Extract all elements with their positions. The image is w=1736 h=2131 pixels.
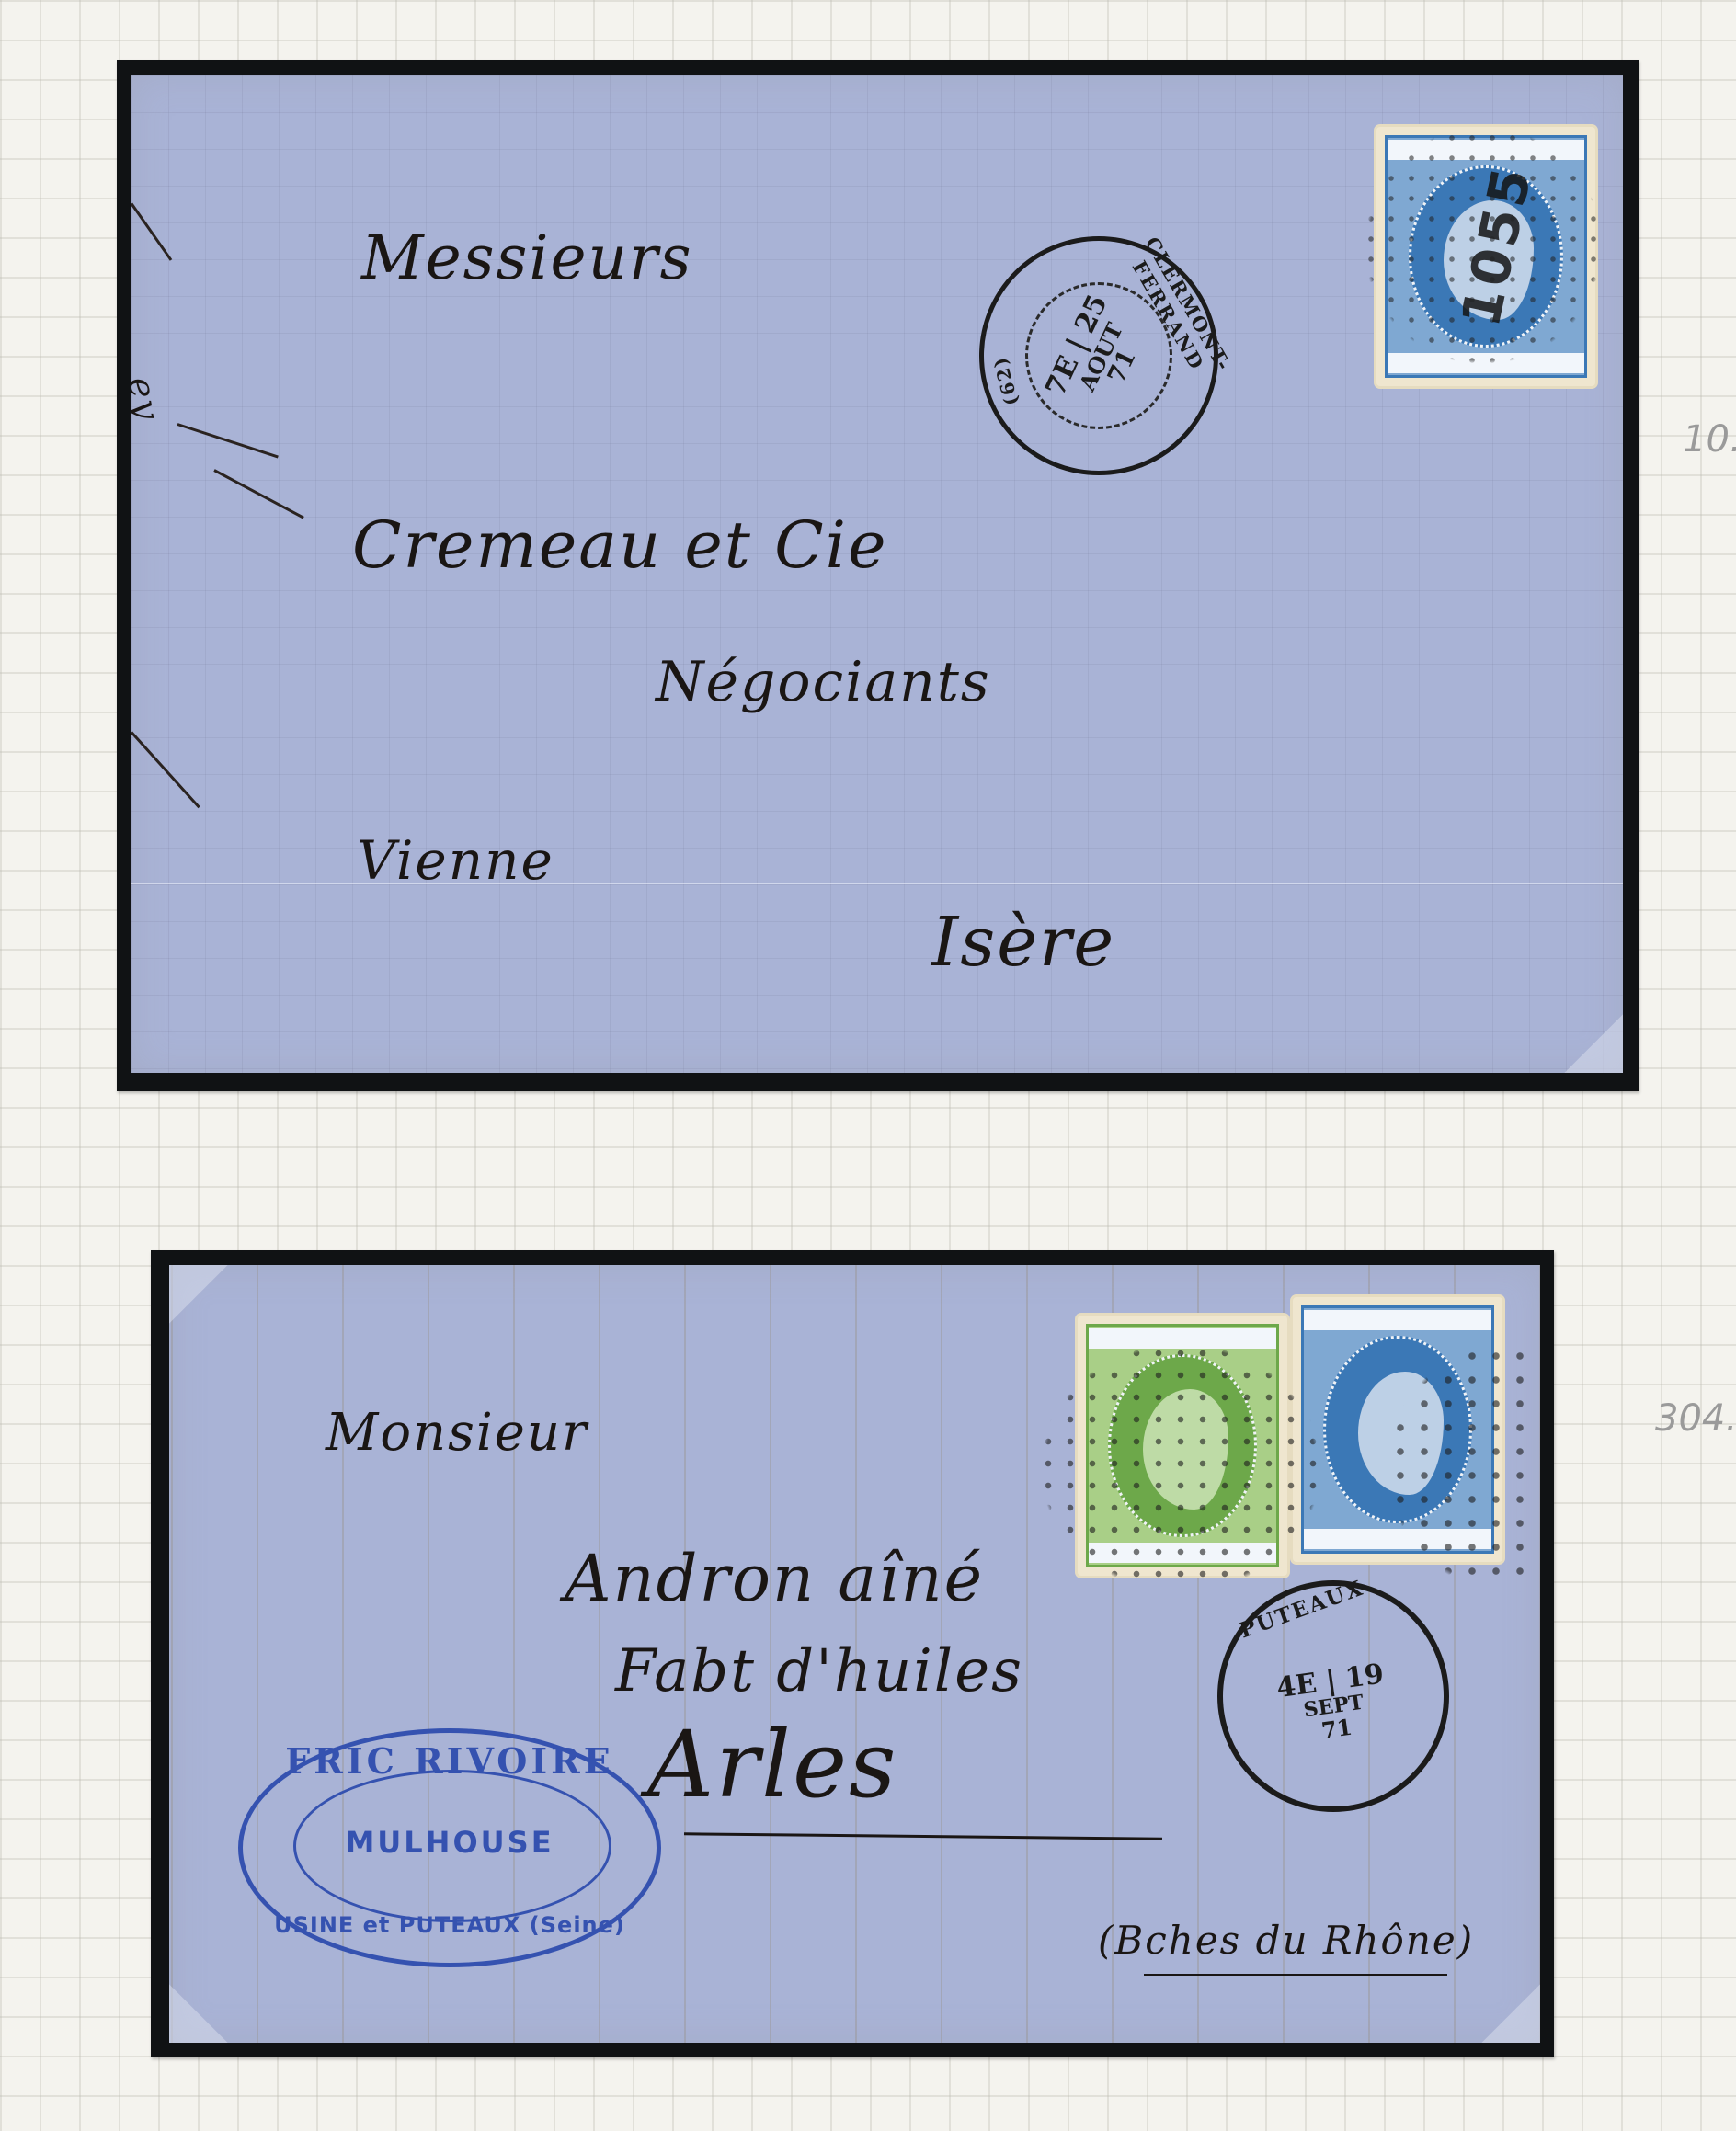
address-city: Vienne bbox=[357, 829, 554, 892]
postmark-puteaux: PUTEAUX 4E | 19 SEPT 71 bbox=[1217, 1580, 1449, 1812]
address-department: Isère bbox=[931, 903, 1115, 982]
docket-stroke bbox=[131, 731, 200, 808]
pencil-note: 304… bbox=[1655, 1397, 1736, 1440]
cachet-rivoire: FRIC RIVOIRE MULHOUSE USINE et PUTEAUX (… bbox=[238, 1728, 661, 1967]
docket-stroke bbox=[131, 203, 172, 261]
address-salutation: Messieurs bbox=[361, 222, 692, 293]
docket-stroke bbox=[177, 423, 279, 458]
fold-line bbox=[131, 883, 1623, 884]
docket-stroke bbox=[213, 469, 304, 519]
address-city: Arles bbox=[647, 1711, 898, 1818]
city-underline bbox=[684, 1832, 1162, 1840]
address-line1: Andron aîné bbox=[565, 1541, 984, 1616]
postmark-date: 4E | 19 SEPT 71 bbox=[1274, 1659, 1391, 1747]
cachet-top-text: FRIC RIVOIRE bbox=[243, 1740, 657, 1782]
pencil-note: 10… bbox=[1683, 418, 1736, 461]
cachet-bottom-text: USINE et PUTEAUX (Seine) bbox=[243, 1912, 657, 1938]
address-line2: Négociants bbox=[656, 650, 991, 714]
gc-cancel-dots bbox=[1341, 108, 1623, 383]
address-line1: Cremeau et Cie bbox=[352, 507, 888, 583]
address-salutation: Monsieur bbox=[325, 1403, 588, 1463]
postmark-day: 19 bbox=[1343, 1658, 1386, 1694]
address-department: (Bches du Rhône) bbox=[1098, 1918, 1474, 1963]
cover-2: Monsieur Andron aîné Fabt d'huiles Arles… bbox=[169, 1265, 1540, 2043]
department-underline bbox=[1144, 1974, 1447, 1976]
postmark-clermont-ferrand: CLERMONT-FERRAND (62) 7E | 25 AOUT 71 bbox=[979, 236, 1218, 475]
docket-note: ey bbox=[131, 374, 168, 425]
corner-mount bbox=[1481, 1984, 1540, 2043]
corner-mount bbox=[169, 1984, 228, 2043]
corner-mount bbox=[1564, 1014, 1623, 1073]
corner-mount bbox=[169, 1265, 228, 1324]
address-line2: Fabt d'huiles bbox=[615, 1637, 1023, 1705]
cover-1: ey Messieurs Cremeau et Cie Négociants V… bbox=[131, 75, 1623, 1073]
gc-cancel-dots bbox=[1015, 1320, 1346, 1614]
cachet-middle-text: MULHOUSE bbox=[243, 1825, 657, 1860]
